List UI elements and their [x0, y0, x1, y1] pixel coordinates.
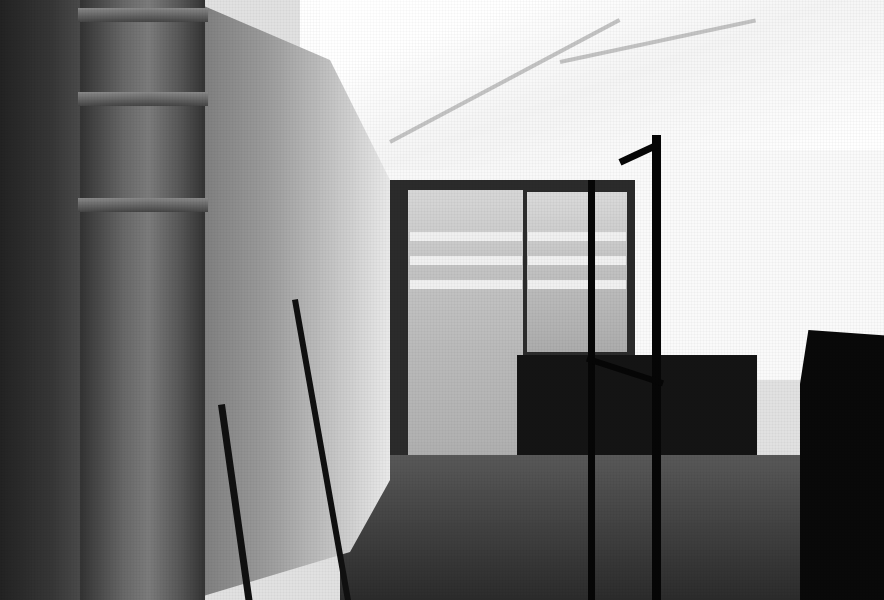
photograph [0, 0, 884, 600]
film-grain [0, 0, 884, 600]
